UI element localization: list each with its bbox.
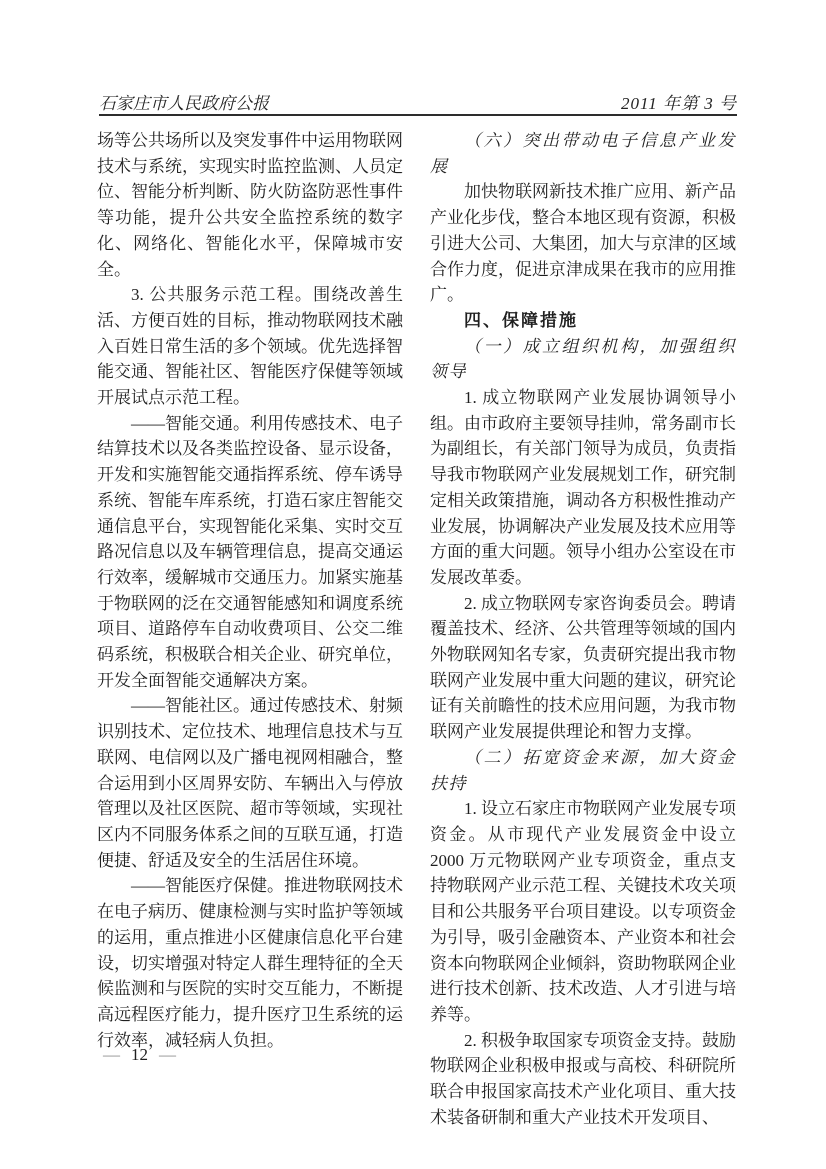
continuation-paragraph: 场等公共场所以及突发事件中运用物联网技术与系统，实现实时监控监测、人员定位、智能… [97,128,403,282]
page-number: 12 [131,1044,148,1066]
right-column: （六）突出带动电子信息产业发展 加快物联网新技术推广应用、新产品产业化步伐，整合… [430,128,736,1130]
left-column: 场等公共场所以及突发事件中运用物联网技术与系统，实现实时监控监测、人员定位、智能… [97,128,403,1130]
issue-label: 2011 年第 3 号 [621,89,737,114]
gazette-page: 石家庄市人民政府公报 2011 年第 3 号 场等公共场所以及突发事件中运用物联… [0,0,826,1169]
footer-dash-left: — [103,1044,120,1066]
para-smart-healthcare: ——智能医疗保健。推进物联网技术在电子病历、健康检测与实时监护等领域的运用，重点… [97,873,403,1053]
para-smart-community: ——智能社区。通过传感技术、射频识别技术、定位技术、地理信息技术与互联网、电信网… [97,693,403,873]
para-smart-transport: ——智能交通。利用传感技术、电子结算技术以及各类监控设备、显示设备，开发和实施智… [97,411,403,694]
heading-chapter-4-safeguards: 四、保障措施 [430,308,736,334]
page-header: 石家庄市人民政府公报 2011 年第 3 号 [99,89,737,114]
para-special-fund: 1. 设立石家庄市物联网产业发展专项资金。从市现代产业发展资金中设立 2000 … [430,796,736,1027]
publication-title: 石家庄市人民政府公报 [99,89,269,114]
para-public-service-project: 3. 公共服务示范工程。围绕改善生活、方便百姓的目标，推动物联网技术融入百姓日常… [97,282,403,411]
footer-dash-right: — [159,1044,176,1066]
two-column-body: 场等公共场所以及突发事件中运用物联网技术与系统，实现实时监控监测、人员定位、智能… [97,128,737,1130]
para-section-6-body: 加快物联网新技术推广应用、新产品产业化步伐，整合本地区现有资源，积极引进大公司、… [430,179,736,308]
para-leading-group: 1. 成立物联网产业发展协调领导小组。由市政府主要领导挂帅，常务副市长为副组长，… [430,385,736,591]
heading-subsection-2-funding: （二）拓宽资金来源，加大资金扶持 [430,745,736,796]
page-footer: — 12 — [103,1044,176,1066]
heading-section-6: （六）突出带动电子信息产业发展 [430,128,736,179]
para-expert-committee: 2. 成立物联网专家咨询委员会。聘请覆盖技术、经济、公共管理等领域的国内外物联网… [430,591,736,745]
header-divider [99,114,737,116]
para-national-fund: 2. 积极争取国家专项资金支持。鼓励物联网企业积极申报或与高校、科研院所联合申报… [430,1028,736,1131]
heading-subsection-1-organization: （一）成立组织机构，加强组织领导 [430,334,736,385]
